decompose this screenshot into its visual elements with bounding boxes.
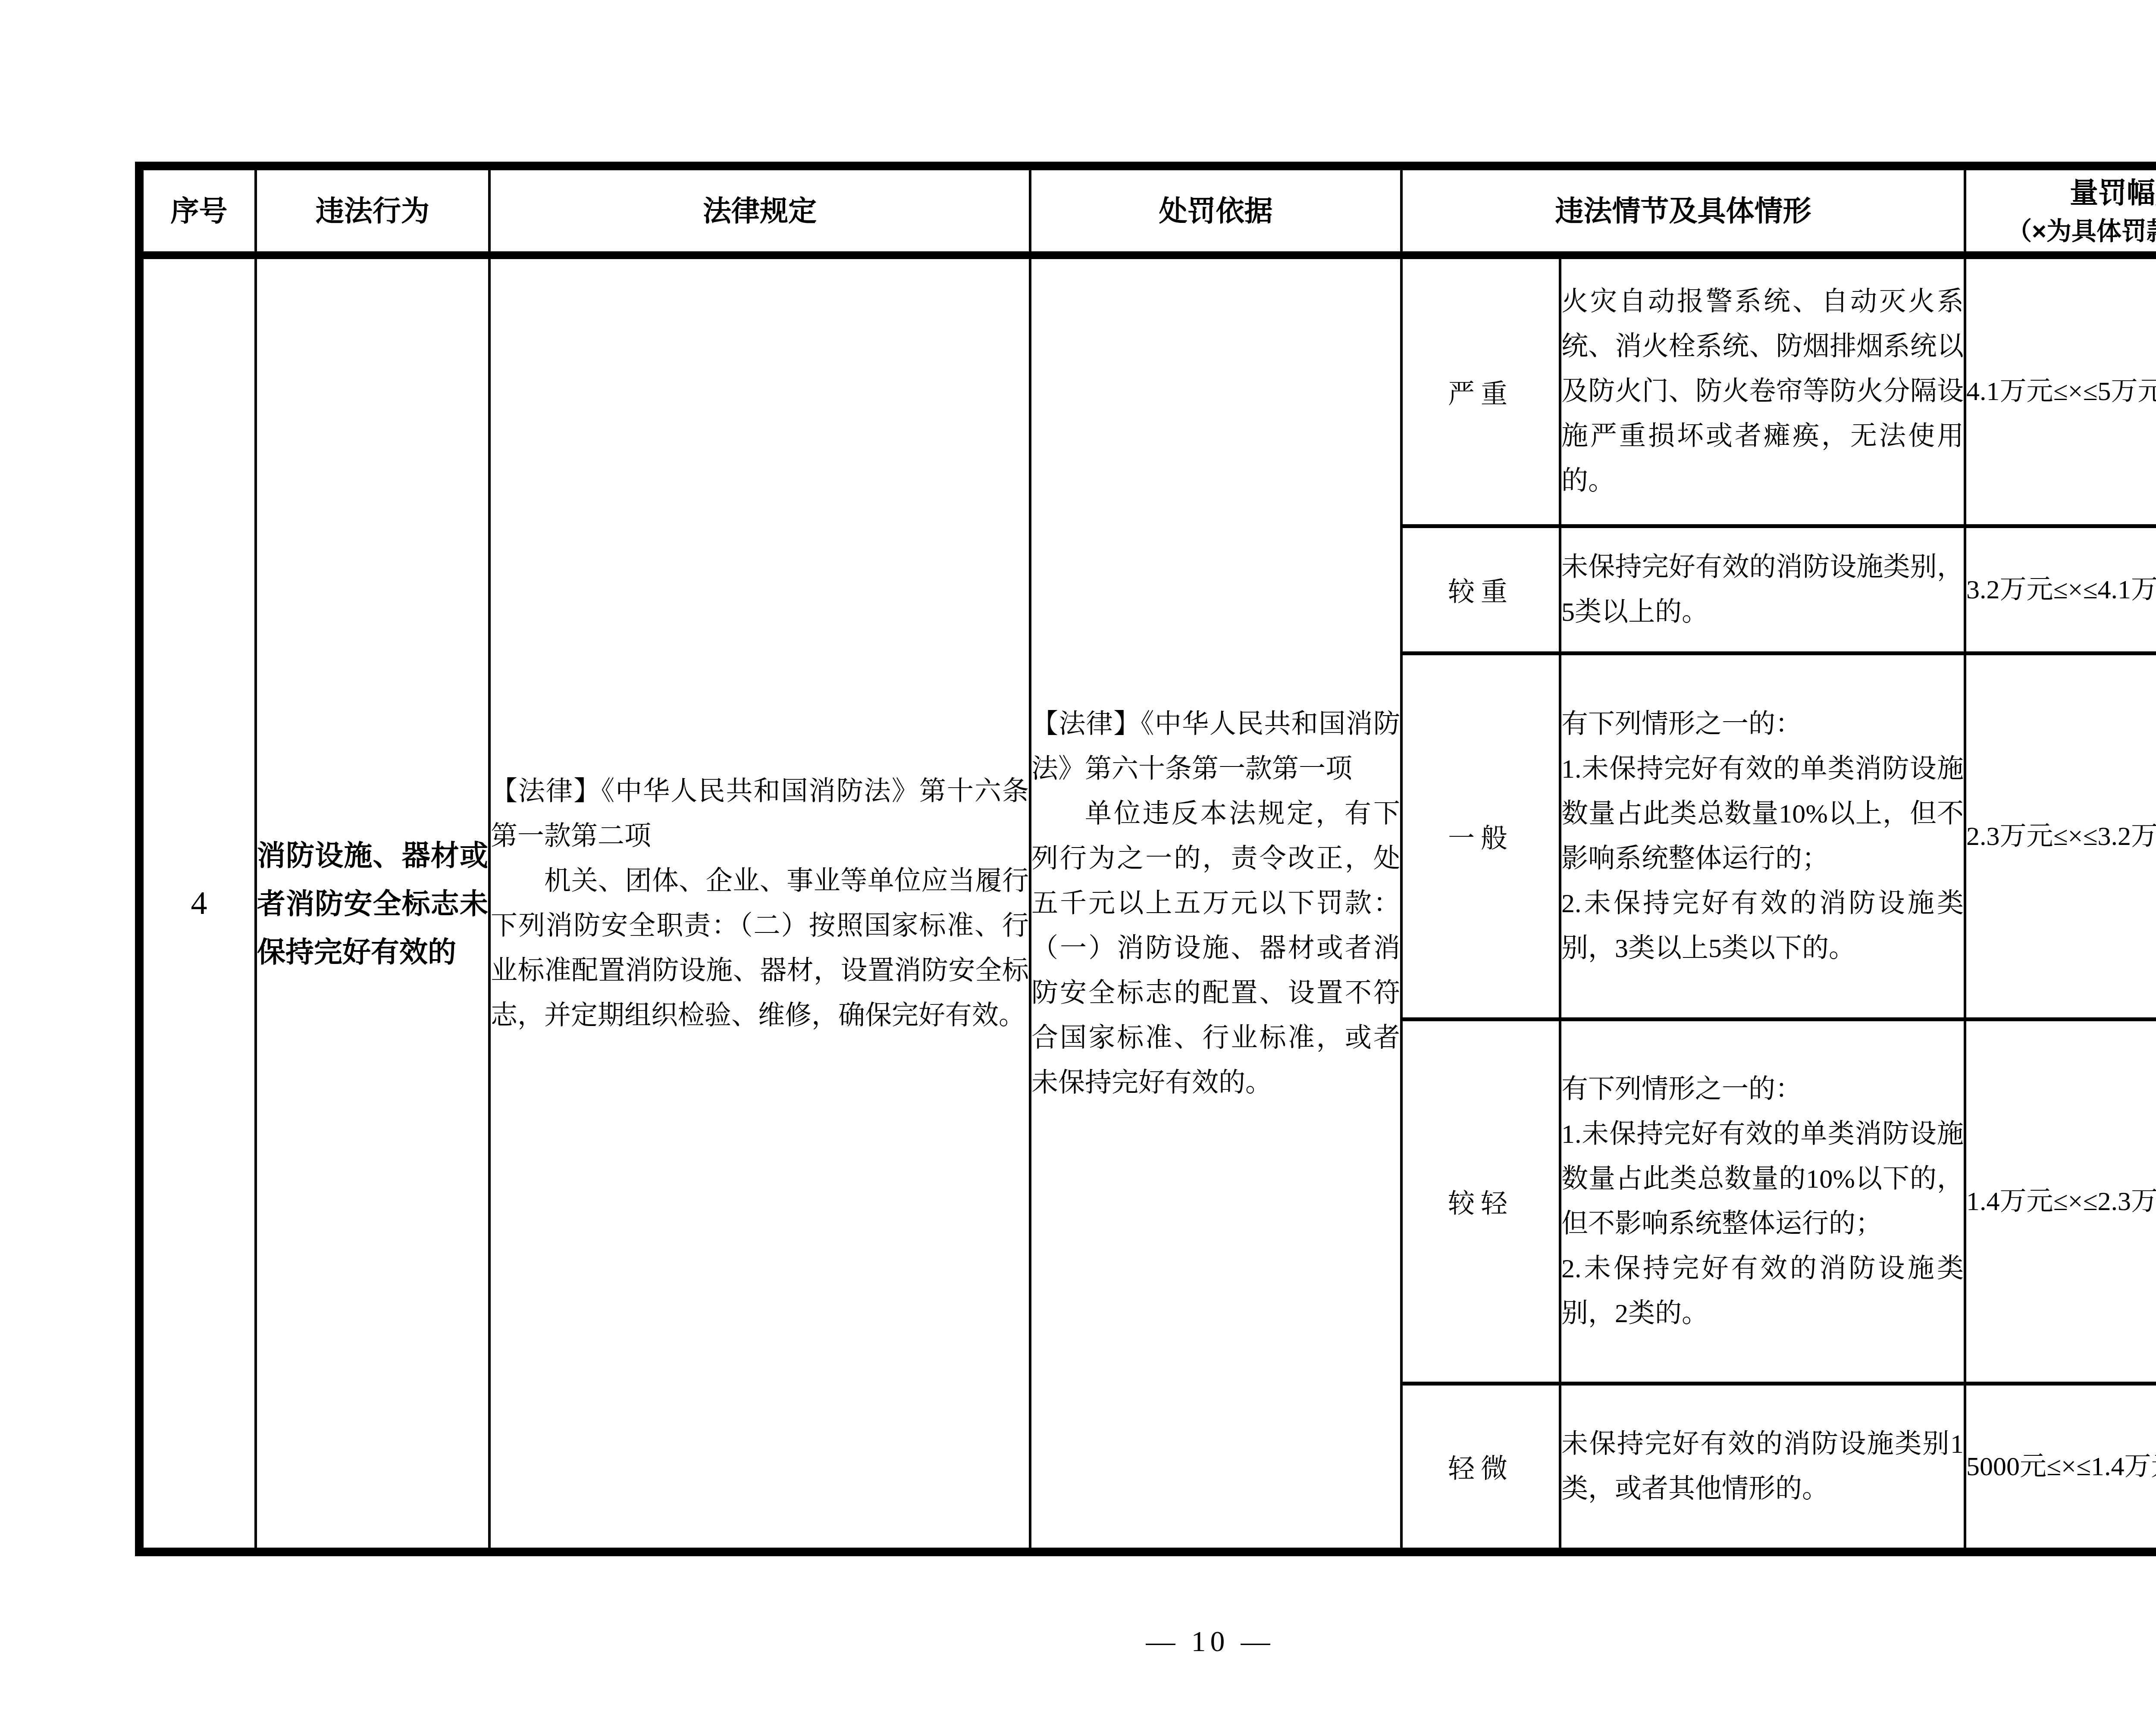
row-index-cell: 4 <box>139 255 256 1552</box>
situation-cell: 未保持完好有效的消防设施类别，5类以上的。 <box>1560 526 1965 653</box>
penalty-range-cell: 3.2万元≤×≤4.1万元 <box>1965 526 2156 653</box>
penalty-range-cell: 1.4万元≤×≤2.3万元 <box>1965 1019 2156 1383</box>
severity-label: 较轻 <box>1401 1019 1560 1383</box>
legal-provision-cell: 【法律】《中华人民共和国消防法》第十六条第一款第二项 机关、团体、企业、事业等单… <box>489 255 1030 1552</box>
severity-label: 较重 <box>1401 526 1560 653</box>
situation-cell: 火灾自动报警系统、自动灭火系统、消火栓系统、防烟排烟系统以及防火门、防火卷帘等防… <box>1560 255 1965 526</box>
header-index: 序号 <box>139 166 256 255</box>
legal-provision-body: 机关、团体、企业、事业等单位应当履行下列消防安全职责：（二）按照国家标准、行业标… <box>491 859 1029 1038</box>
situation-cell: 有下列情形之一的： 1.未保持完好有效的单类消防设施数量占此类总数量的10%以下… <box>1560 1019 1965 1383</box>
penalty-range-cell: 2.3万元≤×≤3.2万元 <box>1965 653 2156 1019</box>
page-number: — 10 — <box>0 1624 2156 1658</box>
table-header-row: 序号 违法行为 法律规定 处罚依据 违法情节及具体情形 量罚幅度 （×为具体罚款… <box>139 166 2156 255</box>
header-penalty-basis: 处罚依据 <box>1030 166 1401 255</box>
header-legal-provision: 法律规定 <box>489 166 1030 255</box>
severity-label: 一般 <box>1401 653 1560 1019</box>
severity-label: 严重 <box>1401 255 1560 526</box>
penalty-basis-body: 单位违反本法规定，有下列行为之一的，责令改正，处五千元以上五万元以下罚款：（一）… <box>1031 791 1400 1105</box>
penalty-range-cell: 5000元≤×≤1.4万元 <box>1965 1383 2156 1552</box>
header-penalty-range-line2: （×为具体罚款金额） <box>1966 213 2156 250</box>
header-violation: 违法行为 <box>256 166 489 255</box>
severity-label: 轻微 <box>1401 1383 1560 1552</box>
penalty-basis-title: 【法律】《中华人民共和国消防法》第六十条第一款第一项 <box>1031 702 1400 791</box>
header-penalty-range: 量罚幅度 （×为具体罚款金额） <box>1965 166 2156 255</box>
header-circumstances: 违法情节及具体情形 <box>1401 166 1965 255</box>
legal-provision-title: 【法律】《中华人民共和国消防法》第十六条第一款第二项 <box>491 769 1029 859</box>
penalty-standards-table: 序号 违法行为 法律规定 处罚依据 违法情节及具体情形 量罚幅度 （×为具体罚款… <box>135 162 2156 1556</box>
tier-row-severe: 4 消防设施、器材或者消防安全标志未保持完好有效的 【法律】《中华人民共和国消防… <box>139 255 2156 526</box>
penalty-range-cell: 4.1万元≤×≤5万元 <box>1965 255 2156 526</box>
document-page: 序号 违法行为 法律规定 处罚依据 违法情节及具体情形 量罚幅度 （×为具体罚款… <box>0 0 2156 1711</box>
situation-cell: 未保持完好有效的消防设施类别1类，或者其他情形的。 <box>1560 1383 1965 1552</box>
penalty-basis-cell: 【法律】《中华人民共和国消防法》第六十条第一款第一项 单位违反本法规定，有下列行… <box>1030 255 1401 1552</box>
violation-cell: 消防设施、器材或者消防安全标志未保持完好有效的 <box>256 255 489 1552</box>
header-penalty-range-line1: 量罚幅度 <box>1966 172 2156 213</box>
situation-cell: 有下列情形之一的： 1.未保持完好有效的单类消防设施数量占此类总数量10%以上，… <box>1560 653 1965 1019</box>
